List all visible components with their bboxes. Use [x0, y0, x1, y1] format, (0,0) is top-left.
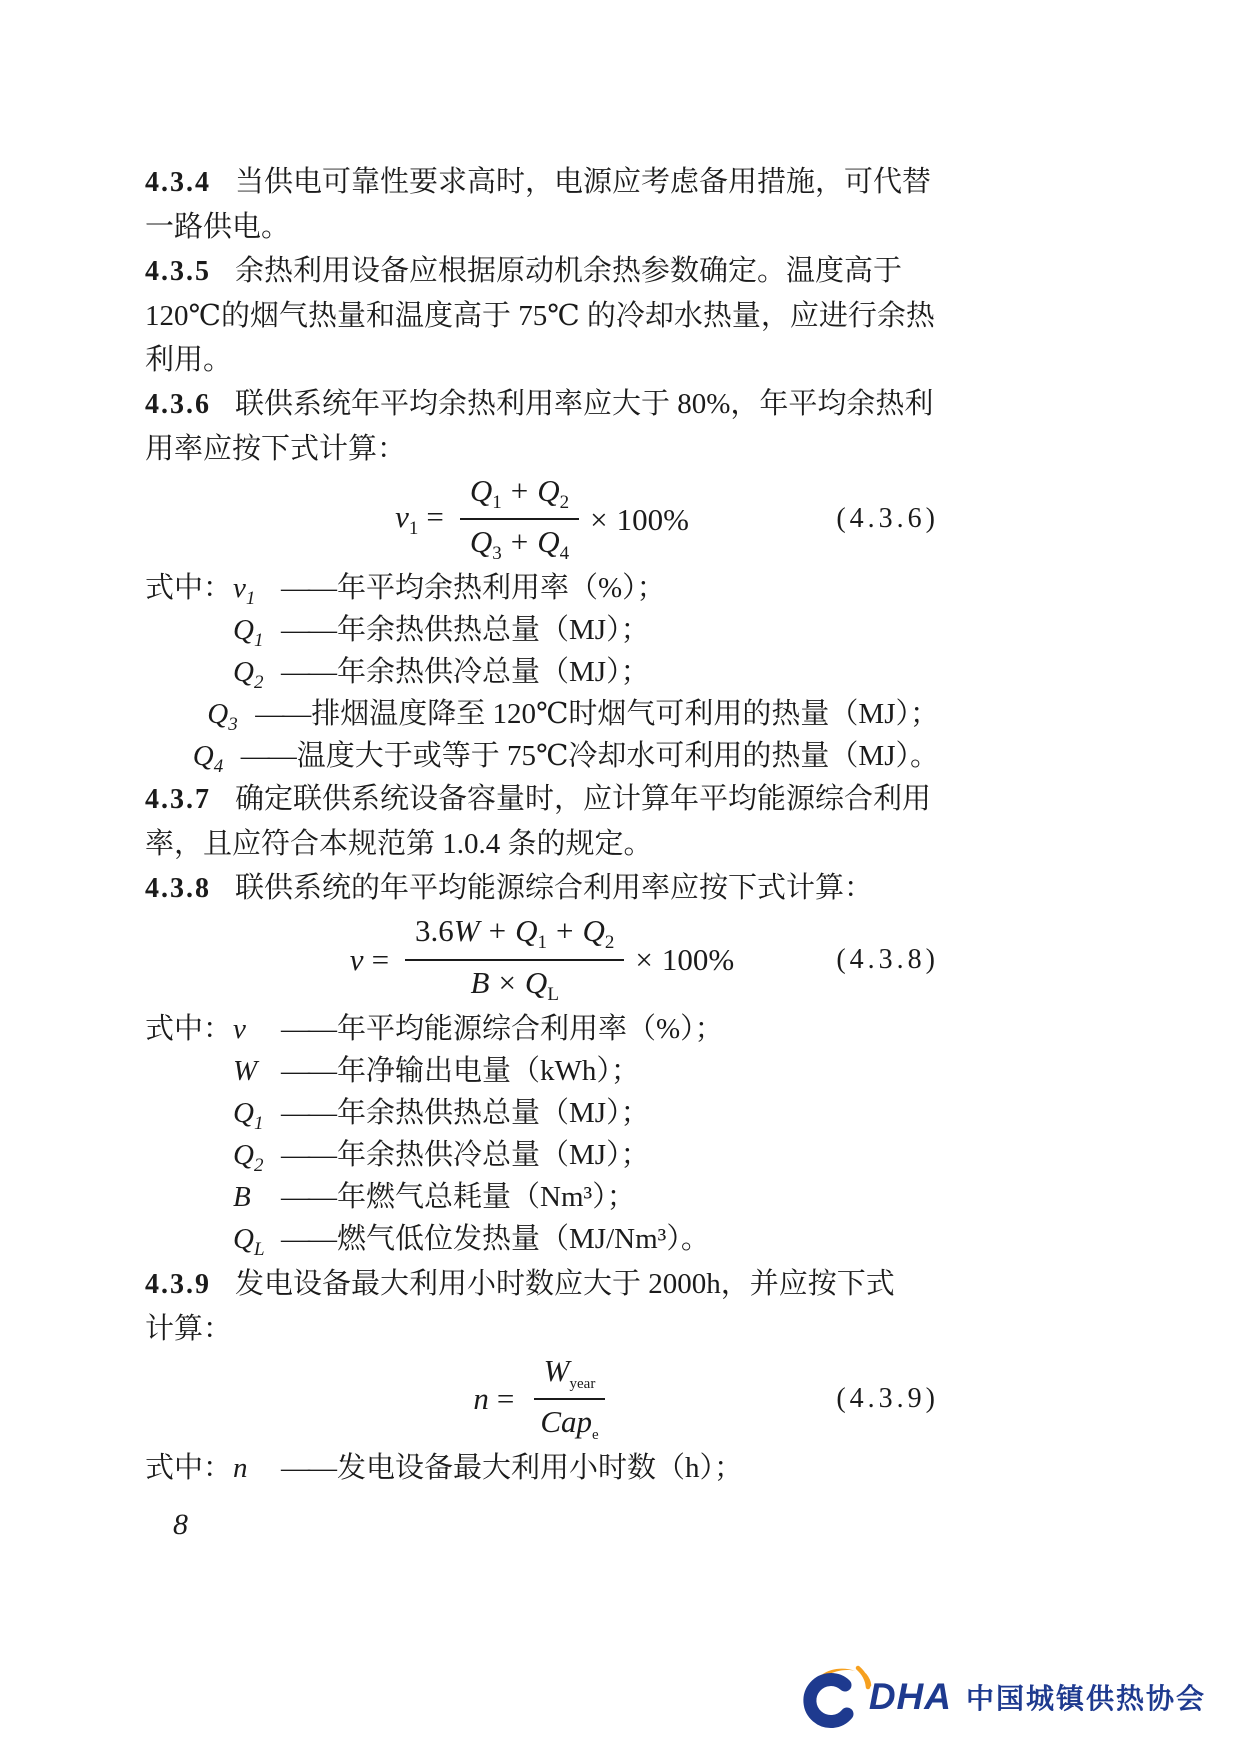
- def-dash: ——: [281, 1092, 335, 1134]
- definition-row: Q2 —— 年余热供冷总量（MJ）；: [145, 651, 939, 693]
- definition-row: 式中： v1 —— 年平均余热利用率（%）；: [145, 567, 939, 609]
- fraction-numerator: Q1+Q2: [460, 471, 579, 520]
- def-dash: ——: [281, 1218, 335, 1260]
- definition-row: B —— 年燃气总耗量（Nm³）；: [145, 1176, 939, 1218]
- paragraph-4-3-9-line-1: 4.3.9发电设备最大利用小时数应大于 2000h，并应按下式: [145, 1262, 939, 1307]
- def-description: 年余热供热总量（MJ）；: [337, 1092, 650, 1134]
- definition-row: Q4 —— 温度大于或等于 75℃冷却水可利用的热量（MJ）。: [145, 735, 939, 777]
- definition-row: Q1 —— 年余热供热总量（MJ）；: [145, 1092, 939, 1134]
- definition-row: Q3 —— 排烟温度降至 120℃时烟气可利用的热量（MJ）；: [145, 693, 939, 735]
- def-description: 燃气低位发热量（MJ/Nm³）。: [337, 1218, 710, 1260]
- equation-body: n= Wyear Cape: [473, 1351, 610, 1447]
- paragraph-text: 联供系统年平均余热利用率应大于 80%，年平均余热利: [235, 388, 933, 420]
- fraction: Q1+Q2 Q3+Q4: [460, 471, 579, 567]
- definition-row: QL —— 燃气低位发热量（MJ/Nm³）。: [145, 1218, 939, 1260]
- page-number: 8: [173, 1505, 939, 1545]
- equation-rhs: ×100%: [581, 504, 689, 535]
- formula-symbol: Q1: [233, 1092, 281, 1134]
- definition-row: Q2 —— 年余热供冷总量（MJ）；: [145, 1134, 939, 1176]
- fraction: 3.6W+Q1+Q2 B×QL: [405, 911, 624, 1007]
- fraction: Wyear Cape: [530, 1351, 608, 1447]
- def-dash: ——: [281, 1050, 335, 1092]
- paragraph-4-3-5-line-3: 利用。: [145, 338, 939, 382]
- definition-row: W —— 年净输出电量（kWh）；: [145, 1050, 939, 1092]
- def-dash: ——: [281, 1447, 335, 1489]
- def-description: 年平均余热利用率（%）；: [337, 567, 666, 609]
- def-description: 年余热供冷总量（MJ）；: [337, 1134, 650, 1176]
- paragraph-4-3-5-line-1: 4.3.5余热利用设备应根据原动机余热参数确定。温度高于: [145, 249, 939, 294]
- paragraph-text: 当供电可靠性要求高时，电源应考虑备用措施，可代替: [235, 166, 931, 198]
- equation-number: (4.3.9): [836, 1385, 939, 1413]
- section-number-4-3-7: 4.3.7: [145, 784, 211, 815]
- paragraph-4-3-6-line-2: 用率应按下式计算：: [145, 427, 939, 471]
- def-description: 年净输出电量（kWh）；: [337, 1050, 640, 1092]
- definition-row: 式中： v —— 年平均能源综合利用率（%）；: [145, 1008, 939, 1050]
- cdha-logo: DHA 中国城镇供热协会: [801, 1664, 1206, 1730]
- equation-lhs: n=: [473, 1383, 528, 1414]
- logo-acronym: DHA: [869, 1676, 952, 1718]
- paragraph-4-3-7-line-1: 4.3.7确定联供系统设备容量时，应计算年平均能源综合利用: [145, 777, 939, 822]
- formula-symbol: Q1: [233, 609, 281, 651]
- paragraph-text: 联供系统的年平均能源综合利用率应按下式计算：: [235, 872, 873, 904]
- definition-row: 式中： n —— 发电设备最大利用小时数（h）；: [145, 1447, 939, 1489]
- cdha-logo-icon: [801, 1664, 877, 1730]
- fraction-denominator: B×QL: [461, 961, 569, 1008]
- page-content: 4.3.4当供电可靠性要求高时，电源应考虑备用措施，可代替 一路供电。 4.3.…: [145, 160, 939, 1545]
- paragraph-4-3-4-line-2: 一路供电。: [145, 205, 939, 249]
- def-prefix: 式中：: [145, 1008, 233, 1050]
- def-description: 年平均能源综合利用率（%）；: [337, 1008, 724, 1050]
- equation-4-3-9: n= Wyear Cape (4.3.9): [145, 1351, 939, 1447]
- def-description: 排烟温度降至 120℃时烟气可利用的热量（MJ）；: [311, 693, 939, 735]
- equation-rhs: ×100%: [626, 944, 734, 975]
- paragraph-text: 发电设备最大利用小时数应大于 2000h，并应按下式: [235, 1268, 895, 1300]
- formula-symbol: Q2: [233, 1134, 281, 1176]
- section-number-4-3-5: 4.3.5: [145, 256, 211, 287]
- def-prefix: 式中：: [145, 567, 233, 609]
- def-description: 温度大于或等于 75℃冷却水可利用的热量（MJ）。: [297, 735, 939, 777]
- def-dash: ——: [281, 1008, 335, 1050]
- formula-symbol: W: [233, 1050, 281, 1092]
- def-description: 年燃气总耗量（Nm³）；: [337, 1176, 636, 1218]
- formula-symbol: v1: [233, 567, 281, 609]
- fraction-denominator: Cape: [530, 1400, 608, 1447]
- formula-symbol: B: [233, 1176, 281, 1218]
- paragraph-text: 确定联供系统设备容量时，应计算年平均能源综合利用: [235, 783, 931, 815]
- paragraph-4-3-7-line-2: 率，且应符合本规范第 1.0.4 条的规定。: [145, 822, 939, 866]
- equation-number: (4.3.8): [836, 946, 939, 974]
- def-description: 年余热供热总量（MJ）；: [337, 609, 650, 651]
- equation-4-3-6: v1= Q1+Q2 Q3+Q4 ×100% (4.3.6): [145, 471, 939, 567]
- section-number-4-3-8: 4.3.8: [145, 873, 211, 904]
- formula-symbol: QL: [233, 1218, 281, 1260]
- paragraph-4-3-9-line-2: 计算：: [145, 1307, 939, 1351]
- formula-symbol: Q4: [193, 735, 241, 777]
- equation-4-3-8: v= 3.6W+Q1+Q2 B×QL ×100% (4.3.8): [145, 911, 939, 1007]
- def-dash: ——: [281, 1176, 335, 1218]
- def-dash: ——: [241, 735, 295, 777]
- equation-lhs: v1=: [395, 501, 458, 538]
- def-prefix: 式中：: [145, 1447, 233, 1489]
- definition-row: Q1 —— 年余热供热总量（MJ）；: [145, 609, 939, 651]
- def-dash: ——: [281, 1134, 335, 1176]
- equation-number: (4.3.6): [836, 505, 939, 533]
- fraction-numerator: Wyear: [534, 1351, 606, 1400]
- def-description: 发电设备最大利用小时数（h）；: [337, 1447, 743, 1489]
- def-dash: ——: [255, 693, 309, 735]
- formula-symbol: Q3: [207, 693, 255, 735]
- formula-symbol: v: [233, 1008, 281, 1050]
- equation-lhs: v=: [350, 944, 403, 975]
- def-dash: ——: [281, 651, 335, 693]
- paragraph-4-3-6-line-1: 4.3.6联供系统年平均余热利用率应大于 80%，年平均余热利: [145, 382, 939, 427]
- section-number-4-3-6: 4.3.6: [145, 389, 211, 420]
- paragraph-4-3-4-line-1: 4.3.4当供电可靠性要求高时，电源应考虑备用措施，可代替: [145, 160, 939, 205]
- section-number-4-3-9: 4.3.9: [145, 1269, 211, 1300]
- fraction-numerator: 3.6W+Q1+Q2: [405, 911, 624, 960]
- formula-symbol: Q2: [233, 651, 281, 693]
- def-dash: ——: [281, 609, 335, 651]
- equation-body: v1= Q1+Q2 Q3+Q4 ×100%: [395, 471, 689, 567]
- fraction-denominator: Q3+Q4: [460, 520, 579, 567]
- paragraph-4-3-5-line-2: 120℃的烟气热量和温度高于 75℃ 的冷却水热量，应进行余热: [145, 294, 939, 338]
- equation-body: v= 3.6W+Q1+Q2 B×QL ×100%: [350, 911, 734, 1007]
- document-page: { "doc": { "dash": "——", "formula_prefix…: [0, 0, 1240, 1754]
- section-number-4-3-4: 4.3.4: [145, 167, 211, 198]
- def-description: 年余热供冷总量（MJ）；: [337, 651, 650, 693]
- paragraph-4-3-8-line-1: 4.3.8联供系统的年平均能源综合利用率应按下式计算：: [145, 866, 939, 911]
- logo-org-name: 中国城镇供热协会: [966, 1677, 1206, 1717]
- formula-symbol: n: [233, 1447, 281, 1489]
- def-dash: ——: [281, 567, 335, 609]
- paragraph-text: 余热利用设备应根据原动机余热参数确定。温度高于: [235, 255, 902, 287]
